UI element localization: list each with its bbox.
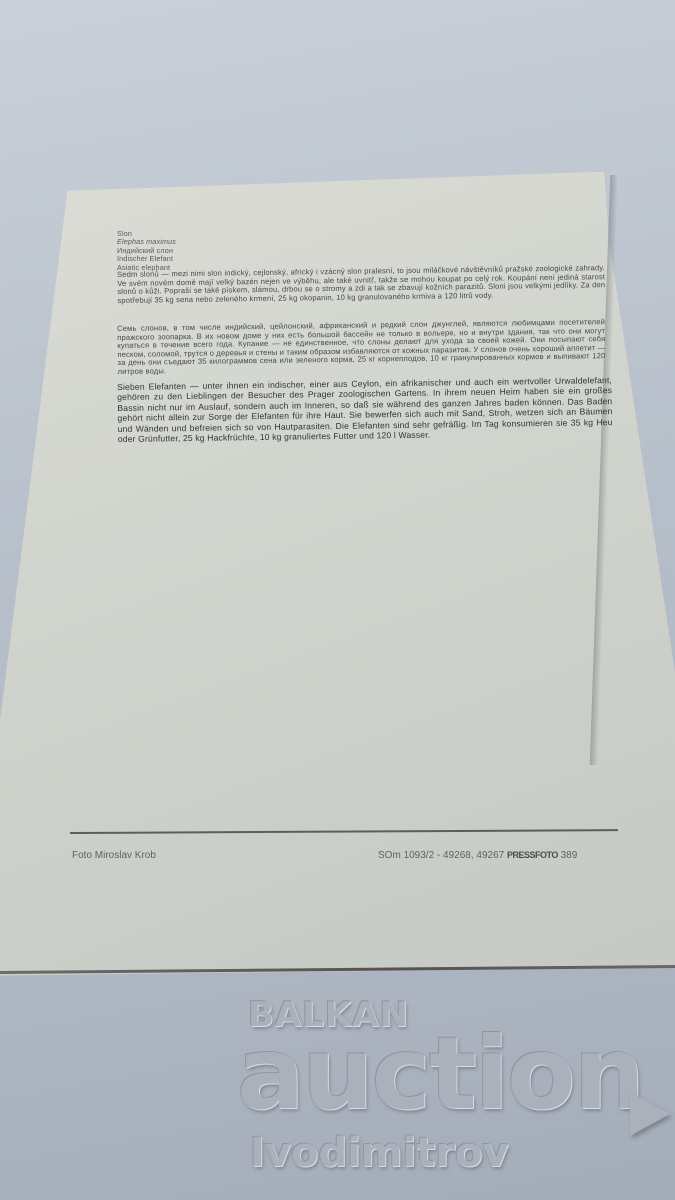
paragraph-german: Sieben Elefanten — unter ihnen ein indis… xyxy=(117,375,613,444)
watermark-brand-main: auction xyxy=(237,1015,643,1132)
catalog-number: SOm 1093/2 - 49268, 49267 xyxy=(378,850,504,861)
play-triangle-icon xyxy=(630,1092,670,1136)
paragraph-russian: Семь слонов, в том числе индийский, цейл… xyxy=(117,318,606,376)
paragraph-czech: Sedm slonů — mezi nimi slon indický, cej… xyxy=(117,264,605,305)
photo-credit: Foto Miroslav Krob xyxy=(72,850,156,861)
catalog-info: SOm 1093/2 - 49268, 49267 PRESSFOTO 389 xyxy=(378,850,577,861)
publisher-number: 389 xyxy=(561,850,578,861)
watermark-seller: Ivodimitrov xyxy=(250,1130,509,1176)
species-names: Slon Elephas maximus Индийский слон Indi… xyxy=(117,230,176,272)
publisher-logo: PRESSFOTO xyxy=(507,850,558,860)
